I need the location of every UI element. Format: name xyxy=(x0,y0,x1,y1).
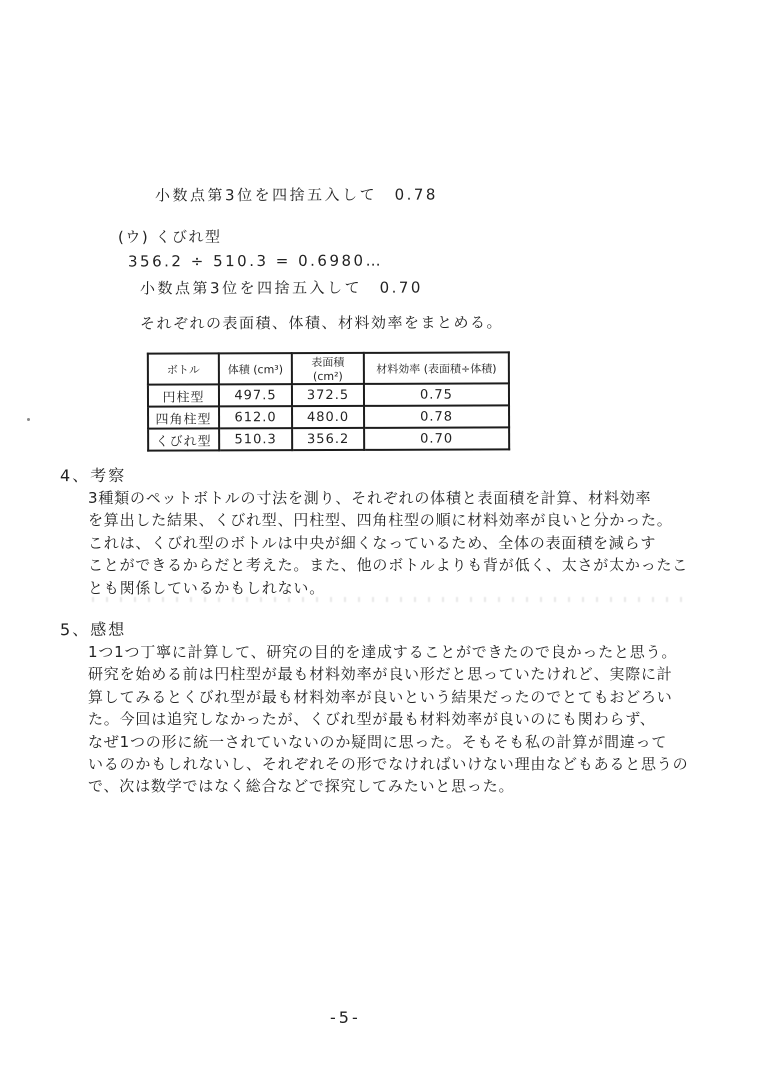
division-calculation: 356.2 ÷ 510.3 = 0.6980… xyxy=(128,252,383,271)
paragraph-line: 算してみるとくびれ型が最も材料効率が良いという結果だったのでとてもおどろい xyxy=(88,686,688,708)
table-row: 四角柱型 612.0 480.0 0.78 xyxy=(148,405,509,428)
column-header-volume: 体積 (cm³) xyxy=(219,353,292,384)
efficiency-cell: 0.78 xyxy=(364,405,509,428)
paragraph-line: を算出した結果、くびれ型、円柱型、四角柱型の順に材料効率が良いと分かった。 xyxy=(88,509,688,531)
bottle-type-cell: 四角柱型 xyxy=(148,406,219,428)
column-header-efficiency: 材料効率 (表面積÷体積) xyxy=(364,352,509,384)
rounding-note-1: 小数点第3位を四捨五入して 0.78 xyxy=(155,184,438,206)
bottle-type-cell: 円柱型 xyxy=(148,384,219,406)
surface-area-cell: 480.0 xyxy=(292,406,364,428)
table-header-row: ボトル 体積 (cm³) 表面積 (cm²) 材料効率 (表面積÷体積) xyxy=(148,352,509,384)
section-5-paragraph: 1つ1つ丁寧に計算して、研究の目的を達成することができたので良かったと思う。 研… xyxy=(88,641,688,798)
paragraph-line: た。今回は追究しなかったが、くびれ型が最も材料効率が良いのにも関わらず、 xyxy=(88,708,688,730)
section-4-heading: 4、考察 xyxy=(60,463,126,486)
paragraph-line: 3種類のペットボトルの寸法を測り、それぞれの体積と表面積を計算、材料効率 xyxy=(88,487,688,509)
rounding-note-2: 小数点第3位を四捨五入して 0.70 xyxy=(140,277,423,299)
results-table: ボトル 体積 (cm³) 表面積 (cm²) 材料効率 (表面積÷体積) 円柱型… xyxy=(147,351,510,451)
item-c-label: (ウ) くびれ型 xyxy=(118,226,222,247)
bottle-type-cell: くびれ型 xyxy=(148,428,219,450)
table-row: くびれ型 510.3 356.2 0.70 xyxy=(148,427,509,450)
stray-ink-dot xyxy=(27,418,30,421)
paragraph-line: 1つ1つ丁寧に計算して、研究の目的を達成することができたので良かったと思う。 xyxy=(88,641,688,663)
volume-cell: 612.0 xyxy=(219,406,292,428)
volume-cell: 497.5 xyxy=(219,384,292,406)
paragraph-line: いるのかもしれないし、それぞれその形でなければいけない理由などもあると思うの xyxy=(88,753,688,775)
column-header-bottle: ボトル xyxy=(148,353,219,384)
paragraph-line: ことができるからだと考えた。また、他のボトルよりも背が低く、太さが太かったこ xyxy=(88,554,688,576)
efficiency-cell: 0.75 xyxy=(364,383,509,406)
table-intro: それぞれの表面積、体積、材料効率をまとめる。 xyxy=(140,311,503,333)
paragraph-line: これは、くびれ型のボトルは中央が細くなっているため、全体の表面積を減らす xyxy=(88,532,688,554)
section-5-heading: 5、感想 xyxy=(60,617,126,640)
paragraph-line: なぜ1つの形に統一されていないのか疑問に思った。そもそも私の計算が間違って xyxy=(88,731,688,753)
column-header-surface: 表面積 (cm²) xyxy=(292,353,364,384)
scanned-document-page: 小数点第3位を四捨五入して 0.78 (ウ) くびれ型 356.2 ÷ 510.… xyxy=(0,0,763,1080)
page-number: -5- xyxy=(330,1008,361,1027)
surface-area-cell: 372.5 xyxy=(292,384,364,406)
volume-cell: 510.3 xyxy=(219,428,292,450)
paragraph-line: とも関係しているかもしれない。 xyxy=(88,577,688,599)
section-4-paragraph: 3種類のペットボトルの寸法を測り、それぞれの体積と表面積を計算、材料効率 を算出… xyxy=(88,487,688,599)
surface-area-cell: 356.2 xyxy=(292,428,364,450)
paragraph-line: で、次は数学ではなく総合などで探究してみたいと思った。 xyxy=(88,775,688,797)
paragraph-line: 研究を始める前は円柱型が最も材料効率が良い形だと思っていたけれど、実際に計 xyxy=(88,663,688,685)
efficiency-cell: 0.70 xyxy=(364,427,509,450)
ink-smudge xyxy=(92,597,692,602)
table-row: 円柱型 497.5 372.5 0.75 xyxy=(148,383,509,406)
